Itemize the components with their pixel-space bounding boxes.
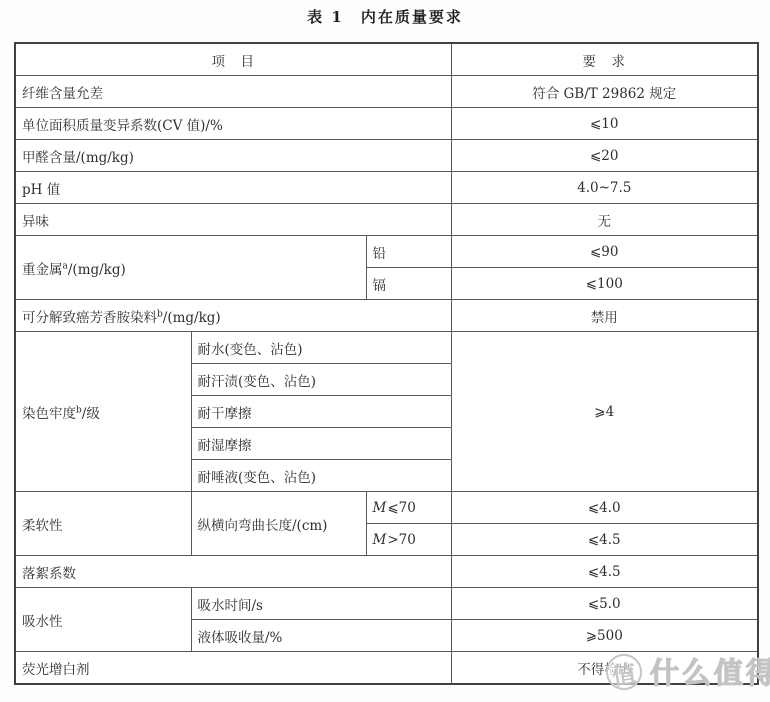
- item-label-unit: /(mg/kg): [163, 310, 221, 326]
- requirement-value: ⩾4: [451, 332, 758, 492]
- requirement-value: ⩾500: [451, 620, 758, 652]
- table-row-odor: 异味 无: [15, 204, 758, 236]
- requirement-value: ⩽10: [451, 108, 758, 140]
- table-row-cv: 单位面积质量变异系数(CV 值)/% ⩽10: [15, 108, 758, 140]
- item-label: 染色牢度b/级: [15, 332, 191, 492]
- item-label: 异味: [15, 204, 451, 236]
- table-row-aromatic-amine: 可分解致癌芳香胺染料b/(mg/kg) 禁用: [15, 300, 758, 332]
- quality-requirements-table: 项 目 要 求 纤维含量允差 符合 GB/T 29862 规定 单位面积质量变异…: [14, 42, 759, 685]
- sub-item-label: 吸水时间/s: [191, 588, 451, 620]
- sub-item-label: 耐水(变色、沾色): [191, 332, 451, 364]
- table-row-formaldehyde: 甲醛含量/(mg/kg) ⩽20: [15, 140, 758, 172]
- condition-variable: M: [373, 500, 388, 516]
- header-requirement: 要 求: [451, 43, 758, 76]
- sub-item-label: 铅: [366, 236, 451, 268]
- table-row-softness-m-le-70: 柔软性 纵横向弯曲长度/(cm) M⩽70 ⩽4.0: [15, 492, 758, 524]
- requirement-value: ⩽4.5: [451, 556, 758, 588]
- item-label-text: 重金属: [22, 262, 63, 278]
- table-row-ph: pH 值 4.0~7.5: [15, 172, 758, 204]
- condition-operator: >70: [387, 532, 416, 548]
- item-label: 可分解致癌芳香胺染料b/(mg/kg): [15, 300, 451, 332]
- header-item: 项 目: [15, 43, 451, 76]
- sub-item-label: 液体吸收量/%: [191, 620, 451, 652]
- item-label-unit: /(mg/kg): [68, 262, 126, 278]
- item-label-unit: /级: [82, 406, 100, 422]
- item-label: 重金属a/(mg/kg): [15, 236, 366, 300]
- table-title: 表 1 内在质量要求: [0, 6, 770, 27]
- sub-item-label: 耐湿摩擦: [191, 428, 451, 460]
- item-label: 甲醛含量/(mg/kg): [15, 140, 451, 172]
- requirement-value: 符合 GB/T 29862 规定: [451, 76, 758, 108]
- table-row-heavy-metal-lead: 重金属a/(mg/kg) 铅 ⩽90: [15, 236, 758, 268]
- condition-variable: M: [373, 532, 388, 548]
- item-label-text: 可分解致癌芳香胺染料: [22, 310, 157, 326]
- requirement-value: ⩽100: [451, 268, 758, 300]
- requirement-value: ⩽20: [451, 140, 758, 172]
- item-label-text: 染色牢度: [22, 406, 76, 422]
- sub-item-label: 耐唾液(变色、沾色): [191, 460, 451, 492]
- requirement-value: 4.0~7.5: [451, 172, 758, 204]
- item-label: pH 值: [15, 172, 451, 204]
- sub-item-label: 纵横向弯曲长度/(cm): [191, 492, 366, 556]
- requirement-value: ⩽4.5: [451, 524, 758, 556]
- table-row-fluorescent: 荧光增白剂 不得检出: [15, 652, 758, 685]
- requirement-value: ⩽5.0: [451, 588, 758, 620]
- document-page: 表 1 内在质量要求 项 目 要 求 纤维含量允差 符合 GB/T 29862 …: [0, 0, 770, 702]
- condition-operator: ⩽70: [387, 500, 416, 516]
- item-label: 落絮系数: [15, 556, 451, 588]
- table-row-lint: 落絮系数 ⩽4.5: [15, 556, 758, 588]
- table-row-absorbency-time: 吸水性 吸水时间/s ⩽5.0: [15, 588, 758, 620]
- item-label: 荧光增白剂: [15, 652, 451, 685]
- header-row: 项 目 要 求: [15, 43, 758, 76]
- table-row-fiber: 纤维含量允差 符合 GB/T 29862 规定: [15, 76, 758, 108]
- condition-label: M>70: [366, 524, 451, 556]
- requirement-value: 无: [451, 204, 758, 236]
- requirement-value: 禁用: [451, 300, 758, 332]
- requirement-value: ⩽90: [451, 236, 758, 268]
- item-label: 纤维含量允差: [15, 76, 451, 108]
- requirement-value: 不得检出: [451, 652, 758, 685]
- sub-item-label: 耐干摩擦: [191, 396, 451, 428]
- item-label: 吸水性: [15, 588, 191, 652]
- item-label: 柔软性: [15, 492, 191, 556]
- condition-label: M⩽70: [366, 492, 451, 524]
- requirement-value: ⩽4.0: [451, 492, 758, 524]
- table-row-fastness-water: 染色牢度b/级 耐水(变色、沾色) ⩾4: [15, 332, 758, 364]
- item-label: 单位面积质量变异系数(CV 值)/%: [15, 108, 451, 140]
- sub-item-label: 耐汗渍(变色、沾色): [191, 364, 451, 396]
- sub-item-label: 镉: [366, 268, 451, 300]
